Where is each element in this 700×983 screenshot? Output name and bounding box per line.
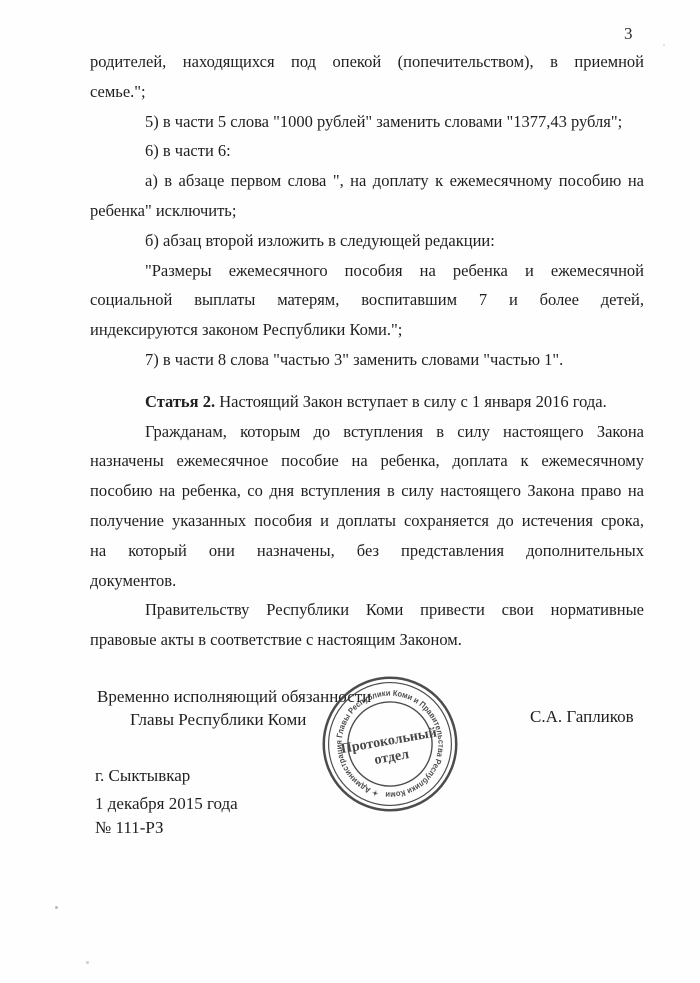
line-text: социальной выплаты матерям, воспитавшим … <box>90 290 644 309</box>
document-city: г. Сыктывкар <box>95 766 190 786</box>
text-line: Статья 2. Настоящий Закон вступает в сил… <box>90 387 644 417</box>
bold-lead: Статья 2. <box>145 392 215 411</box>
signer-name: С.А. Гапликов <box>530 707 634 727</box>
text-line: социальной выплаты матерям, воспитавшим … <box>90 285 644 315</box>
text-line: ребенка" исключить; <box>90 196 644 226</box>
line-text: Гражданам, которым до вступления в силу … <box>145 422 644 441</box>
line-text: Настоящий Закон вступает в силу с 1 янва… <box>215 392 607 411</box>
line-text: ребенка" исключить; <box>90 201 236 220</box>
line-text: б) абзац второй изложить в следующей ред… <box>145 231 495 250</box>
text-line: б) абзац второй изложить в следующей ред… <box>90 226 644 256</box>
scan-speck <box>86 961 89 964</box>
document-page: 3 родителей, находящихся под опекой (поп… <box>0 0 700 983</box>
text-line: документов. <box>90 566 644 596</box>
line-text: на который они назначены, без представле… <box>90 541 644 560</box>
line-text: "Размеры ежемесячного пособия на ребенка… <box>145 261 644 280</box>
document-date: 1 декабря 2015 года <box>95 794 238 814</box>
document-number: № 111-РЗ <box>95 818 164 838</box>
line-text: семье."; <box>90 82 146 101</box>
line-text: 7) в части 8 слова "частью 3" заменить с… <box>145 350 563 369</box>
text-line: Гражданам, которым до вступления в силу … <box>90 417 644 447</box>
line-text: родителей, находящихся под опекой (попеч… <box>90 52 644 71</box>
scan-speck <box>663 44 665 46</box>
line-text: 5) в части 5 слова "1000 рублей" заменит… <box>145 112 622 131</box>
line-text: а) в абзаце первом слова ", на доплату к… <box>145 171 644 190</box>
text-line: семье."; <box>90 77 644 107</box>
line-text: Правительству Республики Коми привести с… <box>145 600 644 619</box>
line-text: правовые акты в соответствие с настоящим… <box>90 630 462 649</box>
line-text: получение указанных пособия и доплаты со… <box>90 511 644 530</box>
text-line: пособию на ребенка, со дня вступления в … <box>90 476 644 506</box>
text-line: 7) в части 8 слова "частью 3" заменить с… <box>90 345 644 375</box>
line-text: назначены ежемесячное пособие на ребенка… <box>90 451 644 470</box>
text-line: 5) в части 5 слова "1000 рублей" заменит… <box>90 107 644 137</box>
scan-speck <box>55 906 58 909</box>
text-line: "Размеры ежемесячного пособия на ребенка… <box>90 256 644 286</box>
text-line: получение указанных пособия и доплаты со… <box>90 506 644 536</box>
stamp-graphic: ✦ Администрация Главы Республики Коми и … <box>321 675 459 813</box>
line-text: документов. <box>90 571 176 590</box>
text-line: Правительству Республики Коми привести с… <box>90 595 644 625</box>
text-line: 6) в части 6: <box>90 136 644 166</box>
line-text: индексируются законом Республики Коми."; <box>90 320 402 339</box>
text-line: правовые акты в соответствие с настоящим… <box>90 625 644 655</box>
text-line: назначены ежемесячное пособие на ребенка… <box>90 446 644 476</box>
text-line: индексируются законом Республики Коми."; <box>90 315 644 345</box>
text-line: родителей, находящихся под опекой (попеч… <box>90 47 644 77</box>
official-stamp: ✦ Администрация Главы Республики Коми и … <box>321 675 459 813</box>
page-number: 3 <box>624 24 633 44</box>
text-line: а) в абзаце первом слова ", на доплату к… <box>90 166 644 196</box>
line-text: пособию на ребенка, со дня вступления в … <box>90 481 644 500</box>
line-text: 6) в части 6: <box>145 141 231 160</box>
document-body: родителей, находящихся под опекой (попеч… <box>90 47 644 655</box>
text-line: на который они назначены, без представле… <box>90 536 644 566</box>
